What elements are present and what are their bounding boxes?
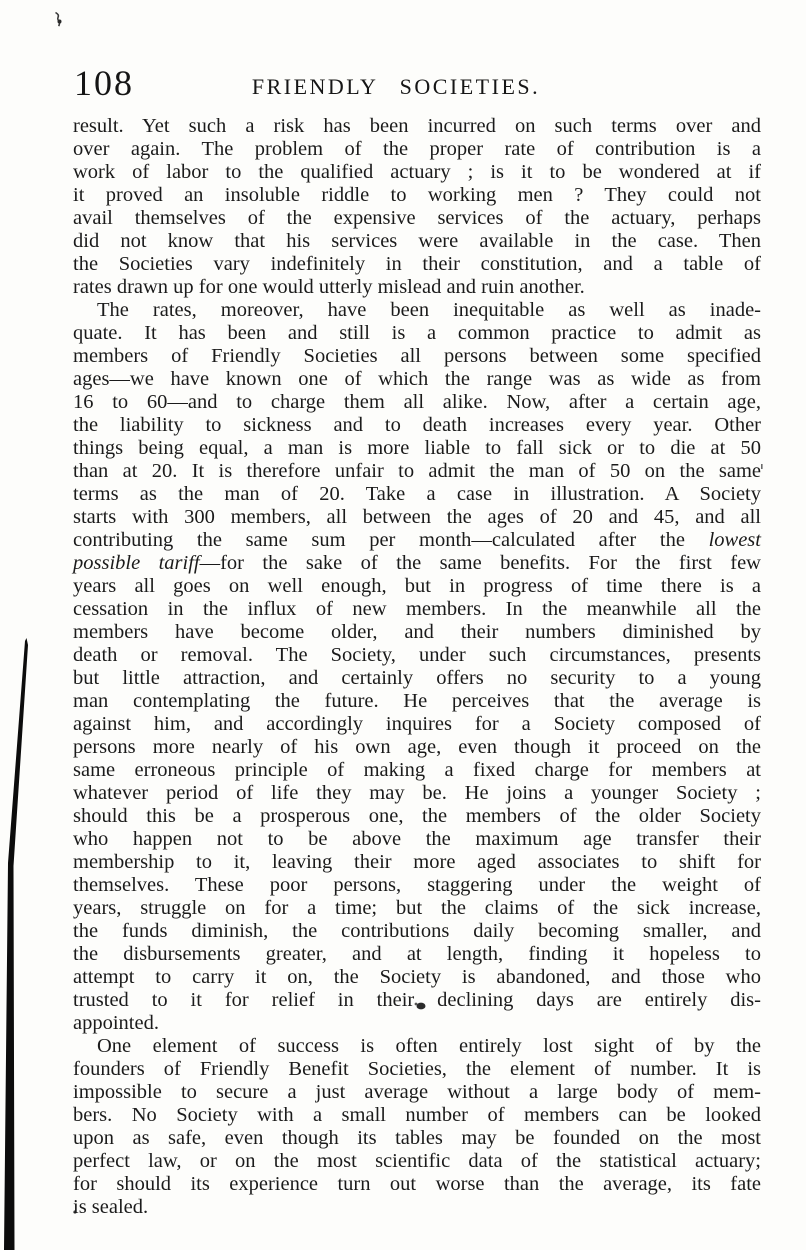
text-segment: themselves. These poor persons, staggeri… (73, 874, 761, 896)
text-line: years, struggle on for a time; but the c… (73, 897, 761, 920)
text-segment: same erroneous principle of making a fix… (73, 759, 761, 781)
text-line: rates drawn up for one would utterly mis… (73, 276, 761, 299)
text-line: The rates, moreover, have been inequitab… (73, 299, 761, 322)
text-segment: should this be a prosperous one, the mem… (73, 805, 761, 827)
text-line: result. Yet such a risk has been incurre… (73, 115, 761, 138)
text-line: death or removal. The Society, under suc… (73, 644, 761, 667)
text-segment: but little attraction, and certainly off… (73, 667, 761, 689)
text-segment: impossible to secure a just average with… (73, 1081, 761, 1103)
text-line: the Societies vary indefinitely in their… (73, 253, 761, 276)
text-segment: appointed. (73, 1012, 159, 1034)
text-line: 16 to 60—and to charge them all alike. N… (73, 391, 761, 414)
text-segment: contributing the same sum per month—calc… (73, 529, 709, 551)
text-line: over again. The problem of the proper ra… (73, 138, 761, 161)
text-line: things being equal, a man is more liable… (73, 437, 761, 460)
text-segment: result. Yet such a risk has been incurre… (73, 115, 761, 137)
text-line: quate. It has been and still is a common… (73, 322, 761, 345)
text-line: is sealed. (73, 1196, 761, 1219)
text-segment: members have become older, and their num… (73, 621, 761, 643)
text-segment: did not know that his services were avai… (73, 230, 761, 252)
text-line: whatever period of life they may be. He … (73, 782, 761, 805)
text-segment: attempt to carry it on, the Society is a… (73, 966, 761, 988)
text-line: starts with 300 members, all between the… (73, 506, 761, 529)
text-segment: is sealed. (73, 1196, 148, 1218)
text-segment: —for the sake of the same benefits. For … (200, 552, 761, 574)
text-line: possible tariff—for the sake of the same… (73, 552, 761, 575)
text-line: contributing the same sum per month—calc… (73, 529, 761, 552)
text-segment: trusted to it for relief in their declin… (73, 989, 761, 1011)
text-segment: founders of Friendly Benefit Societies, … (73, 1058, 761, 1080)
text-segment: persons more nearly of his own age, even… (73, 736, 761, 758)
paragraph: result. Yet such a risk has been incurre… (73, 115, 761, 299)
text-line: members have become older, and their num… (73, 621, 761, 644)
running-head: FRIENDLY SOCIETIES. (60, 74, 732, 100)
paragraph: The rates, moreover, have been inequitab… (73, 299, 761, 1035)
speck (761, 464, 763, 469)
text-line: than at 20. It is therefore unfair to ad… (73, 460, 761, 483)
text-line: trusted to it for relief in their declin… (73, 989, 761, 1012)
text-segment: against him, and accordingly inquires fo… (73, 713, 761, 735)
gutter-shadow-line (4, 638, 28, 1250)
text-segment: the disbursements greater, and at length… (73, 943, 761, 965)
text-line: the liability to sickness and to death i… (73, 414, 761, 437)
text-line: appointed. (73, 1012, 761, 1035)
text-segment: upon as safe, even though its tables may… (73, 1127, 761, 1149)
italic-text-segment: lowest (709, 529, 761, 551)
text-line: persons more nearly of his own age, even… (73, 736, 761, 759)
text-line: who happen not to be above the maximum a… (73, 828, 761, 851)
text-segment: than at 20. It is therefore unfair to ad… (73, 460, 761, 482)
text-segment: things being equal, a man is more liable… (73, 437, 761, 459)
pen-mark-dot (58, 20, 62, 24)
text-line: One element of success is often entirely… (73, 1035, 761, 1058)
text-line: ages—we have known one of which the rang… (73, 368, 761, 391)
text-line: terms as the man of 20. Take a case in i… (73, 483, 761, 506)
text-segment: work of labor to the qualified actuary ;… (73, 161, 761, 183)
text-segment: avail themselves of the expensive servic… (73, 207, 761, 229)
italic-text-segment: possible tariff (73, 552, 200, 574)
text-segment: perfect law, or on the most scientific d… (73, 1150, 761, 1172)
text-line: founders of Friendly Benefit Societies, … (73, 1058, 761, 1081)
text-line: against him, and accordingly inquires fo… (73, 713, 761, 736)
book-page: 108 FRIENDLY SOCIETIES. result. Yet such… (0, 0, 806, 1250)
text-line: work of labor to the qualified actuary ;… (73, 161, 761, 184)
text-line: avail themselves of the expensive servic… (73, 207, 761, 230)
page-text: result. Yet such a risk has been incurre… (73, 115, 761, 1219)
text-line: perfect law, or on the most scientific d… (73, 1150, 761, 1173)
text-line: but little attraction, and certainly off… (73, 667, 761, 690)
text-segment: over again. The problem of the proper ra… (73, 138, 761, 160)
text-segment: ages—we have known one of which the rang… (73, 368, 761, 390)
text-segment: it proved an insoluble riddle to working… (73, 184, 761, 206)
pen-mark (56, 13, 61, 27)
text-line: the disbursements greater, and at length… (73, 943, 761, 966)
text-segment: starts with 300 members, all between the… (73, 506, 761, 528)
text-line: membership to it, leaving their more age… (73, 851, 761, 874)
text-line: cessation in the influx of new members. … (73, 598, 761, 621)
text-segment: the funds diminish, the contributions da… (73, 920, 761, 942)
text-line: man contemplating the future. He perceiv… (73, 690, 761, 713)
text-segment: the Societies vary indefinitely in their… (73, 253, 761, 275)
text-line: upon as safe, even though its tables may… (73, 1127, 761, 1150)
text-segment: The rates, moreover, have been inequitab… (97, 299, 761, 321)
text-segment: membership to it, leaving their more age… (73, 851, 761, 873)
text-line: did not know that his services were avai… (73, 230, 761, 253)
text-segment: rates drawn up for one would utterly mis… (73, 276, 585, 298)
text-segment: whatever period of life they may be. He … (73, 782, 761, 804)
text-segment: terms as the man of 20. Take a case in i… (73, 483, 761, 505)
text-line: the funds diminish, the contributions da… (73, 920, 761, 943)
text-line: for should its experience turn out worse… (73, 1173, 761, 1196)
text-line: same erroneous principle of making a fix… (73, 759, 761, 782)
text-line: themselves. These poor persons, staggeri… (73, 874, 761, 897)
text-line: years all goes on well enough, but in pr… (73, 575, 761, 598)
text-line: bers. No Society with a small number of … (73, 1104, 761, 1127)
text-segment: years all goes on well enough, but in pr… (73, 575, 761, 597)
text-segment: man contemplating the future. He perceiv… (73, 690, 761, 712)
text-segment: bers. No Society with a small number of … (73, 1104, 761, 1126)
text-segment: One element of success is often entirely… (97, 1035, 761, 1057)
text-segment: years, struggle on for a time; but the c… (73, 897, 761, 919)
text-line: attempt to carry it on, the Society is a… (73, 966, 761, 989)
text-segment: for should its experience turn out worse… (73, 1173, 761, 1195)
text-segment: quate. It has been and still is a common… (73, 322, 761, 344)
text-line: impossible to secure a just average with… (73, 1081, 761, 1104)
text-segment: who happen not to be above the maximum a… (73, 828, 761, 850)
text-line: should this be a prosperous one, the mem… (73, 805, 761, 828)
text-line: members of Friendly Societies all person… (73, 345, 761, 368)
text-segment: 16 to 60—and to charge them all alike. N… (73, 391, 761, 413)
text-line: it proved an insoluble riddle to working… (73, 184, 761, 207)
text-segment: the liability to sickness and to death i… (73, 414, 761, 436)
paragraph: One element of success is often entirely… (73, 1035, 761, 1219)
text-segment: members of Friendly Societies all person… (73, 345, 761, 367)
text-segment: death or removal. The Society, under suc… (73, 644, 761, 666)
text-segment: cessation in the influx of new members. … (73, 598, 761, 620)
